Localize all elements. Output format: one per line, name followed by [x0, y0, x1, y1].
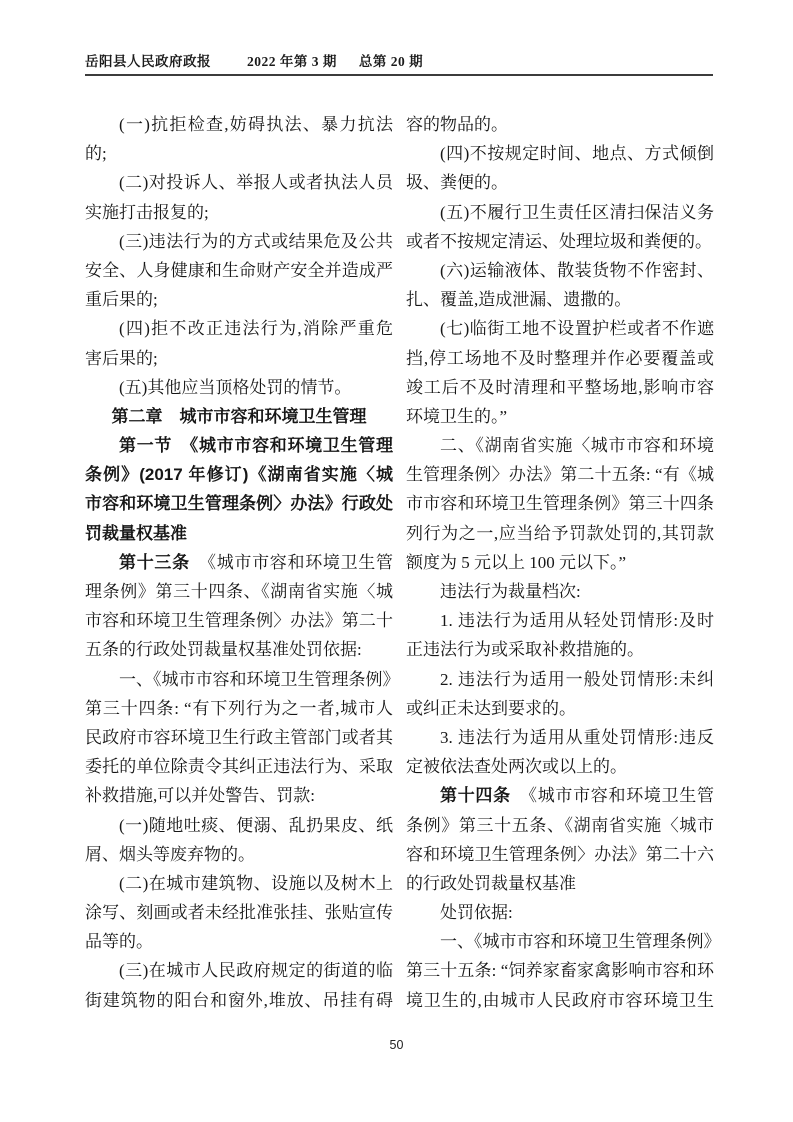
text-run: 街建筑物的阳台和窗外,堆放、吊挂有碍市 — [85, 991, 393, 1015]
issue-number: 2022 年第 3 期 — [247, 50, 337, 70]
text-run: 一、《城市市容和环境卫生管理条例》 — [440, 932, 714, 951]
text-run: 二、《湖南省实施〈城市市容和环境卫 — [406, 436, 714, 460]
text-run: 第三十五条: “饲养家畜家禽影响市容和环 — [406, 961, 714, 980]
bold-text-run: 条例》(2017 年修订)《湖南省实施〈城市 — [85, 465, 393, 489]
text-run: (三)在城市人民政府规定的街道的临 — [119, 961, 393, 980]
text-line: (五)其他应当顶格处罚的情节。 — [85, 373, 393, 402]
text-run: 处罚依据: — [440, 903, 513, 922]
text-line: 容的物品的。 — [406, 110, 714, 139]
text-line: 害后果的; — [85, 344, 393, 373]
text-line: 3. 违法行为适用从重处罚情形:违反规 — [406, 723, 714, 752]
text-line: 的行政处罚裁量权基准 — [406, 869, 714, 898]
text-run: 重后果的; — [85, 290, 158, 309]
text-run: 正违法行为或采取补救措施的。 — [406, 640, 644, 659]
text-line: (二)在城市建筑物、设施以及树木上 — [85, 869, 393, 898]
gazette-page: 岳阳县人民政府政报 2022 年第 3 期 总第 20 期 (一)抗拒检查,妨碍… — [0, 0, 793, 1122]
text-run: 理条例》第三十四条、《湖南省实施〈城市 — [85, 582, 393, 606]
text-run: 3. 违法行为适用从重处罚情形:违反规 — [406, 728, 714, 752]
text-run: 的; — [85, 144, 107, 163]
bold-text-run: 第一节 《城市市容和环境卫生管理 — [119, 436, 393, 455]
text-line: 二、《湖南省实施〈城市市容和环境卫 — [406, 431, 714, 460]
text-column-left: (一)抗拒检查,妨碍执法、暴力抗法的;(二)对投诉人、举报人或者执法人员实施打击… — [85, 110, 393, 1015]
text-run: 列行为之一,应当给予罚款处罚的,其罚款 — [406, 524, 714, 543]
text-line: 第三十四条: “有下列行为之一者,城市人 — [85, 694, 393, 723]
gazette-title: 岳阳县人民政府政报 — [85, 50, 211, 70]
text-line: 罚裁量权基准 — [85, 519, 393, 548]
text-line: 1. 违法行为适用从轻处罚情形:及时纠 — [406, 606, 714, 635]
text-line: 2. 违法行为适用一般处罚情形:未纠正 — [406, 665, 714, 694]
text-line: 或纠正未达到要求的。 — [406, 694, 714, 723]
text-line: 处罚依据: — [406, 898, 714, 927]
text-line: 正违法行为或采取补救措施的。 — [406, 635, 714, 664]
text-run: 民政府市容环境卫生行政主管部门或者其 — [85, 728, 393, 747]
text-line: 列行为之一,应当给予罚款处罚的,其罚款 — [406, 519, 714, 548]
text-line: 屑、烟头等废弃物的。 — [85, 840, 393, 869]
text-line: 实施打击报复的; — [85, 198, 393, 227]
text-line: 境卫生的,由城市人民政府市容环境卫生行 — [406, 986, 714, 1015]
bold-text-run: 市容和环境卫生管理条例〉办法》行政处 — [85, 494, 393, 513]
page-number: 50 — [0, 1038, 793, 1052]
text-line: (七)临街工地不设置护栏或者不作遮 — [406, 314, 714, 343]
text-run: 或纠正未达到要求的。 — [406, 699, 576, 718]
text-run: 安全、人身健康和生命财产安全并造成严 — [85, 261, 393, 280]
text-line: (二)对投诉人、举报人或者执法人员 — [85, 168, 393, 197]
text-line: 第一节 《城市市容和环境卫生管理 — [85, 431, 393, 460]
text-line: 品等的。 — [85, 927, 393, 956]
text-run: 《城市市容和环境卫生管 — [190, 553, 393, 572]
bold-text-run: 第十三条 — [119, 553, 190, 572]
page-header: 岳阳县人民政府政报 2022 年第 3 期 总第 20 期 — [85, 50, 713, 76]
text-line: (三)违法行为的方式或结果危及公共 — [85, 227, 393, 256]
text-run: (二)在城市建筑物、设施以及树木上 — [119, 874, 393, 893]
text-line: 或者不按规定清运、处理垃圾和粪便的。 — [406, 227, 714, 256]
text-run: 委托的单位除责令其纠正违法行为、采取 — [85, 757, 393, 776]
text-line: 第三十五条: “饲养家畜家禽影响市容和环 — [406, 956, 714, 985]
text-line: 第十三条 《城市市容和环境卫生管 — [85, 548, 393, 577]
text-run: 第三十四条: “有下列行为之一者,城市人 — [85, 699, 393, 718]
text-run: 生管理条例〉办法》第二十五条: “有《城 — [406, 465, 714, 484]
text-line: 第十四条 《城市市容和环境卫生管理 — [406, 781, 714, 810]
text-run: 违法行为裁量档次: — [440, 582, 581, 601]
text-run: 五条的行政处罚裁量权基准处罚依据: — [85, 640, 362, 659]
text-run: 的行政处罚裁量权基准 — [406, 874, 576, 893]
text-run: 扎、覆盖,造成泄漏、遗撒的。 — [406, 290, 631, 309]
text-line: 安全、人身健康和生命财产安全并造成严 — [85, 256, 393, 285]
text-run: 2. 违法行为适用一般处罚情形:未纠正 — [406, 670, 714, 694]
text-line: 容和环境卫生管理条例〉办法》第二十六条 — [406, 840, 714, 869]
text-line: 违法行为裁量档次: — [406, 577, 714, 606]
text-run: 屑、烟头等废弃物的。 — [85, 845, 255, 864]
text-run: 竣工后不及时清理和平整场地,影响市容和 — [406, 378, 714, 402]
text-line: 条例》第三十五条、《湖南省实施〈城市市 — [406, 811, 714, 840]
text-run: 定被依法查处两次或以上的。 — [406, 757, 627, 776]
bold-text-run: 第二章 城市市容和环境卫生管理 — [112, 407, 367, 426]
text-run: 容和环境卫生管理条例〉办法》第二十六条 — [406, 845, 714, 869]
text-column-right: 容的物品的。(四)不按规定时间、地点、方式倾倒垃圾、粪便的。(五)不履行卫生责任… — [406, 110, 714, 1015]
text-run: 额度为 5 元以上 100 元以下。” — [406, 553, 626, 572]
text-run: 涂写、刻画或者未经批准张挂、张贴宣传 — [85, 903, 393, 922]
text-run: (四)不按规定时间、地点、方式倾倒垃 — [406, 144, 714, 168]
text-line: (五)不履行卫生责任区清扫保洁义务 — [406, 198, 714, 227]
bold-text-run: 第十四条 — [440, 786, 511, 805]
text-line: (一)抗拒检查,妨碍执法、暴力抗法 — [85, 110, 393, 139]
text-run: (三)违法行为的方式或结果危及公共 — [119, 232, 393, 251]
text-run: (二)对投诉人、举报人或者执法人员 — [119, 173, 393, 192]
text-run: 环境卫生的。” — [406, 407, 507, 426]
text-line: 市市容和环境卫生管理条例》第三十四条所 — [406, 489, 714, 518]
text-line: 市容和环境卫生管理条例〉办法》行政处 — [85, 489, 393, 518]
text-line: 条例》(2017 年修订)《湖南省实施〈城市 — [85, 460, 393, 489]
text-line: 理条例》第三十四条、《湖南省实施〈城市 — [85, 577, 393, 606]
text-run: 挡,停工场地不及时整理并作必要覆盖或者 — [406, 349, 714, 373]
text-run: 境卫生的,由城市人民政府市容环境卫生行 — [406, 991, 714, 1015]
text-line: 五条的行政处罚裁量权基准处罚依据: — [85, 635, 393, 664]
bold-text-run: 罚裁量权基准 — [85, 524, 187, 543]
text-run: 圾、粪便的。 — [406, 173, 508, 192]
text-run: (七)临街工地不设置护栏或者不作遮 — [440, 319, 714, 338]
text-run: 实施打击报复的; — [85, 203, 209, 222]
text-line: 一、《城市市容和环境卫生管理条例》 — [85, 665, 393, 694]
text-line: 补救措施,可以并处警告、罚款: — [85, 781, 393, 810]
text-run: 一、《城市市容和环境卫生管理条例》 — [119, 670, 393, 689]
text-run: 补救措施,可以并处警告、罚款: — [85, 786, 315, 805]
text-run: (一)随地吐痰、便溺、乱扔果皮、纸 — [119, 816, 393, 835]
text-run: 容的物品的。 — [406, 115, 508, 134]
text-run: (五)其他应当顶格处罚的情节。 — [119, 378, 351, 397]
text-line: 市容和环境卫生管理条例〉办法》第二十 — [85, 606, 393, 635]
text-line: 重后果的; — [85, 285, 393, 314]
volume-number: 总第 20 期 — [359, 50, 423, 70]
text-line: 定被依法查处两次或以上的。 — [406, 752, 714, 781]
text-line: 竣工后不及时清理和平整场地,影响市容和 — [406, 373, 714, 402]
text-line: 圾、粪便的。 — [406, 168, 714, 197]
text-line: 额度为 5 元以上 100 元以下。” — [406, 548, 714, 577]
text-run: 品等的。 — [85, 932, 153, 951]
text-line: 挡,停工场地不及时整理并作必要覆盖或者 — [406, 344, 714, 373]
text-line: (六)运输液体、散装货物不作密封、包 — [406, 256, 714, 285]
article-body: (一)抗拒检查,妨碍执法、暴力抗法的;(二)对投诉人、举报人或者执法人员实施打击… — [85, 110, 715, 1015]
text-line: (一)随地吐痰、便溺、乱扔果皮、纸 — [85, 811, 393, 840]
text-run: 害后果的; — [85, 349, 158, 368]
text-line: 民政府市容环境卫生行政主管部门或者其 — [85, 723, 393, 752]
text-line: 委托的单位除责令其纠正违法行为、采取 — [85, 752, 393, 781]
text-line: 生管理条例〉办法》第二十五条: “有《城 — [406, 460, 714, 489]
text-line: 街建筑物的阳台和窗外,堆放、吊挂有碍市 — [85, 986, 393, 1015]
text-line: 涂写、刻画或者未经批准张挂、张贴宣传 — [85, 898, 393, 927]
text-line: 环境卫生的。” — [406, 402, 714, 431]
text-run: (六)运输液体、散装货物不作密封、包 — [406, 261, 714, 285]
text-run: 条例》第三十五条、《湖南省实施〈城市市 — [406, 816, 714, 840]
text-run: 市市容和环境卫生管理条例》第三十四条所 — [406, 494, 714, 518]
text-run: 1. 违法行为适用从轻处罚情形:及时纠 — [406, 611, 714, 635]
text-run: (四)拒不改正违法行为,消除严重危 — [119, 319, 393, 338]
text-run: (一)抗拒检查,妨碍执法、暴力抗法 — [119, 115, 393, 134]
text-line: (四)拒不改正违法行为,消除严重危 — [85, 314, 393, 343]
text-run: 或者不按规定清运、处理垃圾和粪便的。 — [406, 232, 712, 251]
text-line: (三)在城市人民政府规定的街道的临 — [85, 956, 393, 985]
text-line: 扎、覆盖,造成泄漏、遗撒的。 — [406, 285, 714, 314]
text-run: 市容和环境卫生管理条例〉办法》第二十 — [85, 611, 393, 630]
text-line: 第二章 城市市容和环境卫生管理 — [85, 402, 393, 431]
text-line: 一、《城市市容和环境卫生管理条例》 — [406, 927, 714, 956]
text-line: (四)不按规定时间、地点、方式倾倒垃 — [406, 139, 714, 168]
text-line: 的; — [85, 139, 393, 168]
text-run: (五)不履行卫生责任区清扫保洁义务 — [440, 203, 714, 222]
